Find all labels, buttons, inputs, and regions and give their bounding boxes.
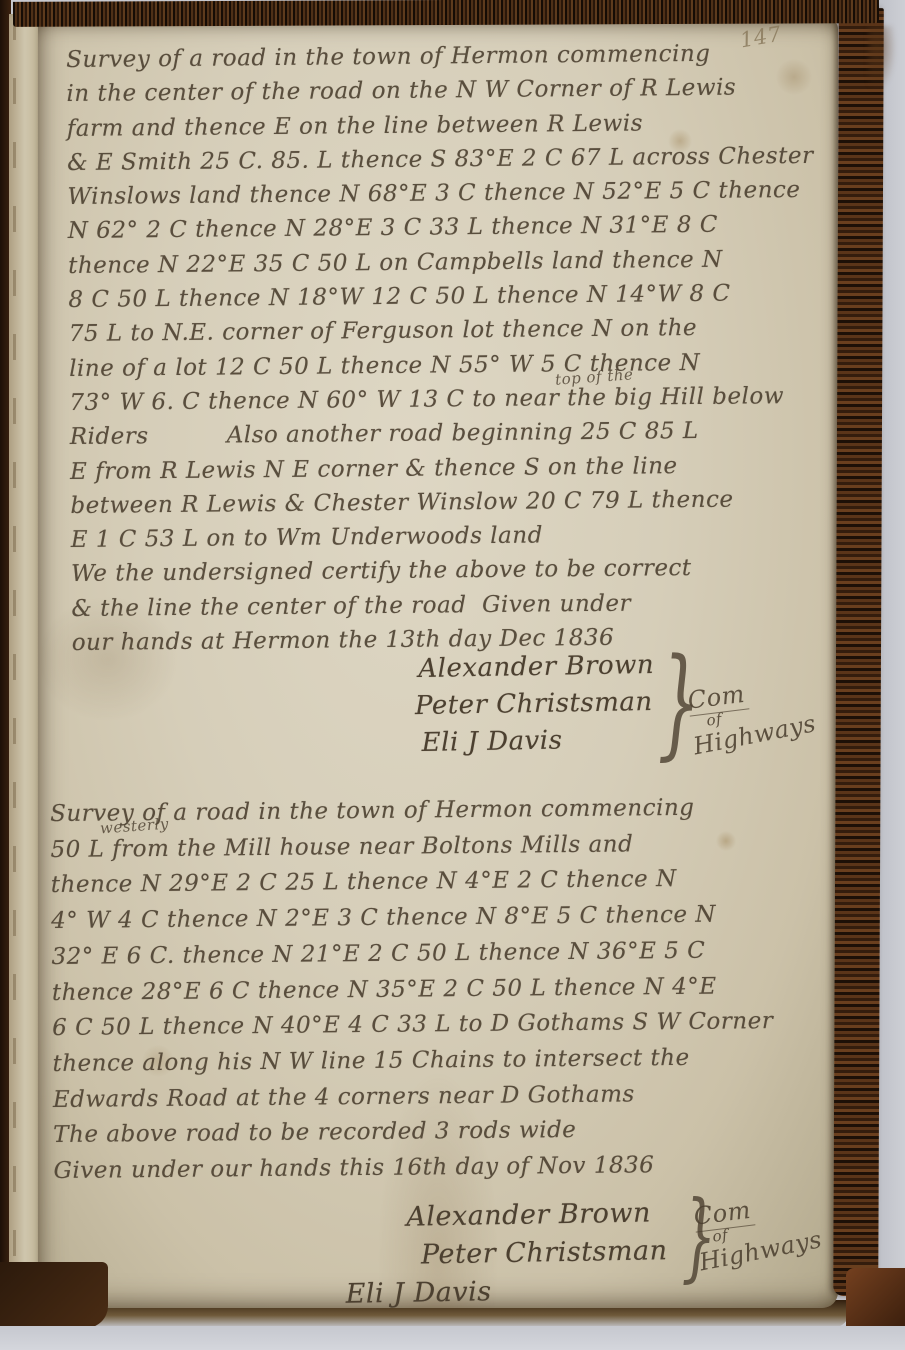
handwritten-line: in the center of the road on the N W Cor… [66, 70, 813, 111]
book-cover-bottom-right-corner [846, 1268, 905, 1328]
photo-of-record-book: 147 Survey of a road in the town of Herm… [0, 0, 905, 1350]
manuscript-page: 147 Survey of a road in the town of Herm… [38, 19, 838, 1308]
signature: Eli J Davis [421, 721, 655, 762]
signature: Peter Christsman [415, 684, 655, 725]
signature-list: Alexander BrownPeter ChristsmanEli J Dav… [344, 1194, 668, 1314]
table-surface-bottom [0, 1326, 905, 1350]
handwritten-line: thence along his N W line 15 Chains to i… [52, 1040, 773, 1083]
survey-2-text: Survey of a road in the town of Hermon c… [50, 790, 775, 1190]
handwritten-line: Given under our hands this 16th day of N… [53, 1147, 774, 1190]
signature: Alexander Brown [406, 1194, 667, 1237]
office-label: Com of Highways [692, 1188, 824, 1273]
book-fore-edge-pages [833, 8, 884, 1296]
book-cover-bottom-left-corner [0, 1262, 108, 1328]
signature: Alexander Brown [418, 647, 654, 688]
signature: Eli J Davis [345, 1270, 668, 1314]
signature: Peter Christsman [421, 1232, 668, 1274]
book-top-page-edges [13, 0, 879, 27]
page-edge-fibers [868, 26, 898, 96]
signature-list: Alexander BrownPeter ChristsmanEli J Dav… [414, 647, 656, 762]
office-label: Com of Highways [686, 672, 818, 757]
survey-1-text: Survey of a road in the town of Hermon c… [66, 36, 818, 660]
